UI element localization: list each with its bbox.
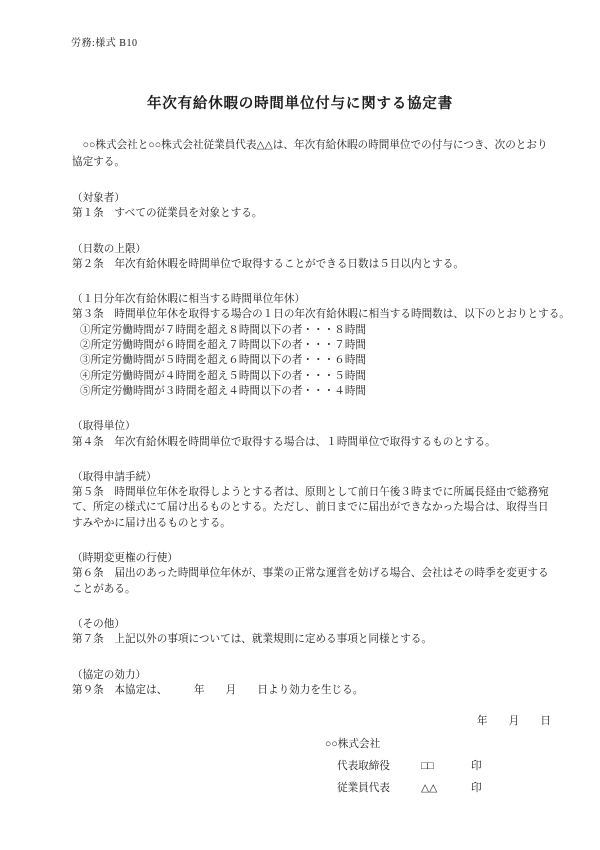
signature-row-representative: 代表取締役 □□ 印 xyxy=(337,756,551,778)
article-2-text: 第２条 年次有給休暇を時間単位で取得することができる日数は５日以内とする。 xyxy=(72,257,551,272)
seal-mark: 印 xyxy=(471,778,482,800)
section-heading: （日数の上限） xyxy=(72,242,551,257)
section-heading: （取得申請手続） xyxy=(72,470,551,485)
signature-company: ○○株式会社 xyxy=(325,734,551,756)
form-label: 労務:様式 B10 xyxy=(71,34,137,49)
intro-paragraph: ○○株式会社と○○株式会社従業員代表△△は、年次有給休暇の時間単位での付与につき… xyxy=(72,137,551,171)
signature-name-placeholder: □□ xyxy=(421,756,471,778)
article-6-text: 第６条 届出のあった時間単位年休が、事業の正常な運営を妨げる場合、会社はその時季… xyxy=(72,566,551,597)
article-3-item-5: ⑤所定労働時間が３時間を超え４時間以下の者・・・４時間 xyxy=(72,384,551,399)
section-hours-equivalent: （１日分年次有給休暇に相当する時間単位年休） 第３条 時間単位年休を取得する場合… xyxy=(72,292,551,399)
section-heading: （協定の効力） xyxy=(72,668,551,683)
section-heading: （対象者） xyxy=(72,191,551,206)
article-3-item-2: ②所定労働時間が６時間を超え７時間以下の者・・・７時間 xyxy=(72,338,551,353)
section-application-procedure: （取得申請手続） 第５条 時間単位年休を取得しようとする者は、原則として前日午後… xyxy=(72,470,551,531)
section-acquisition-unit: （取得単位） 第４条 年次有給休暇を時間単位で取得する場合は、１時間単位で取得す… xyxy=(72,419,551,450)
section-heading: （時期変更権の行使） xyxy=(72,551,551,566)
article-4-text: 第４条 年次有給休暇を時間単位で取得する場合は、１時間単位で取得するものとする。 xyxy=(72,435,551,450)
article-3-item-1: ①所定労働時間が７時間を超え８時間以下の者・・・８時間 xyxy=(72,323,551,338)
document-title: 年次有給休暇の時間単位付与に関する協定書 xyxy=(0,92,600,113)
document-page: 労務:様式 B10 年次有給休暇の時間単位付与に関する協定書 ○○株式会社と○○… xyxy=(0,0,600,850)
section-effectiveness: （協定の効力） 第９条 本協定は、 年 月 日より効力を生じる。 xyxy=(72,668,551,699)
article-3-item-4: ④所定労働時間が４時間を超え５時間以下の者・・・５時間 xyxy=(72,369,551,384)
article-1-text: 第１条 すべての従業員を対象とする。 xyxy=(72,206,551,221)
agreement-date-line: 年 月 日 xyxy=(72,714,551,729)
section-heading: （１日分年次有給休暇に相当する時間単位年休） xyxy=(72,292,551,307)
document-body: ○○株式会社と○○株式会社従業員代表△△は、年次有給休暇の時間単位での付与につき… xyxy=(72,137,551,800)
article-3-text: 第３条 時間単位年休を取得する場合の１日の年次有給休暇に相当する時間数は、以下の… xyxy=(72,307,551,322)
section-subject: （対象者） 第１条 すべての従業員を対象とする。 xyxy=(72,191,551,222)
seal-mark: 印 xyxy=(471,756,482,778)
section-heading: （取得単位） xyxy=(72,419,551,434)
article-7-text: 第７条 上記以外の事項については、就業規則に定める事項と同様とする。 xyxy=(72,632,551,647)
section-time-change-right: （時期変更権の行使） 第６条 届出のあった時間単位年休が、事業の正常な運営を妨げ… xyxy=(72,551,551,597)
signature-role-label: 代表取締役 xyxy=(337,756,421,778)
signature-name-placeholder: △△ xyxy=(421,778,471,800)
section-day-limit: （日数の上限） 第２条 年次有給休暇を時間単位で取得することができる日数は５日以… xyxy=(72,242,551,273)
signature-block: ○○株式会社 代表取締役 □□ 印 従業員代表 △△ 印 xyxy=(72,734,551,800)
article-5-text: 第５条 時間単位年休を取得しようとする者は、原則として前日午後３時までに所属長経… xyxy=(72,485,551,531)
section-heading: （その他） xyxy=(72,617,551,632)
article-3-item-3: ③所定労働時間が５時間を超え６時間以下の者・・・６時間 xyxy=(72,353,551,368)
signature-role-label: 従業員代表 xyxy=(337,778,421,800)
article-9-text: 第９条 本協定は、 年 月 日より効力を生じる。 xyxy=(72,683,551,698)
signature-row-employee: 従業員代表 △△ 印 xyxy=(337,778,551,800)
section-others: （その他） 第７条 上記以外の事項については、就業規則に定める事項と同様とする。 xyxy=(72,617,551,648)
